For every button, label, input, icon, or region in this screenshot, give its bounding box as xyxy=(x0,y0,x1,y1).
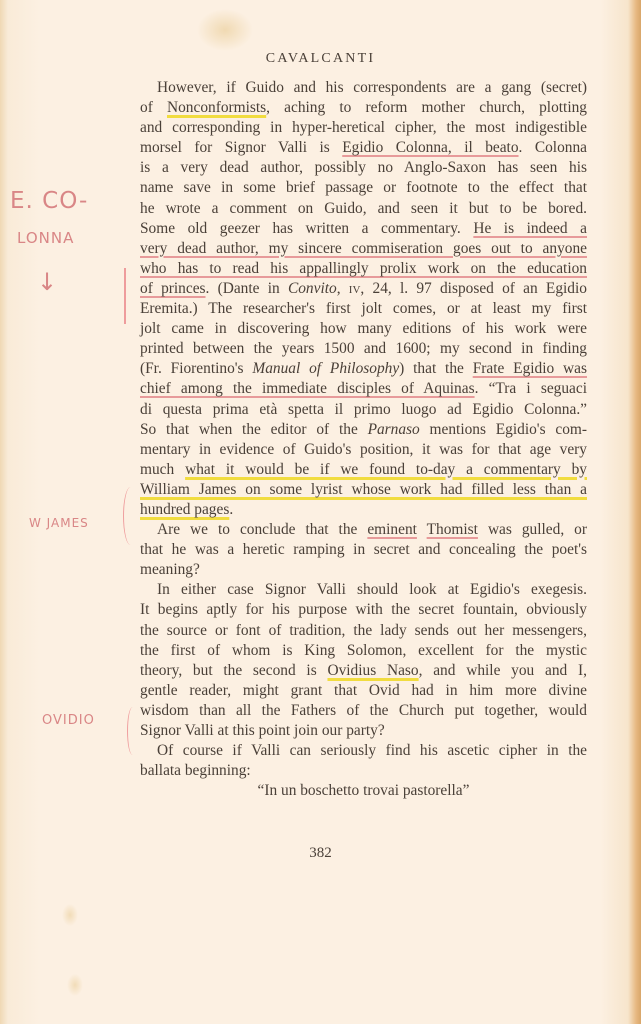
margin-note-james: W JAMES xyxy=(29,516,89,530)
margin-note-colonna-2: LONNA xyxy=(17,229,74,247)
highlight-william-james: William James on some lyrist whose work … xyxy=(140,481,587,498)
arrow-down-icon: ↓ xyxy=(37,268,58,296)
text-line: very dead author, my sincere commiserati… xyxy=(140,239,587,259)
text-line: morsel for Signor Valli is Egidio Colonn… xyxy=(140,138,587,158)
margin-bracket-ovidio xyxy=(127,707,138,755)
text-line: Are we to conclude that the eminent Thom… xyxy=(140,520,587,540)
vertical-margin-line xyxy=(124,268,126,324)
margin-note-colonna-1: E. CO- xyxy=(10,188,88,214)
text-line: printed between the years 1500 and 1600;… xyxy=(140,339,587,359)
text-line: that he was a heretic ramping in secret … xyxy=(140,540,587,560)
text-line: the first of whom is King Solomon, excel… xyxy=(140,641,587,661)
text-line: chief among the immediate disciples of A… xyxy=(140,379,587,399)
text-line: Signor Valli at this point join our part… xyxy=(140,721,587,741)
text-line: and corresponding in hyper-heretical cip… xyxy=(140,118,587,138)
scanned-book-page: CAVALCANTI E. CO- LONNA ↓ W JAMES OVIDIO… xyxy=(0,0,641,1024)
text-line: However, if Guido and his correspondents… xyxy=(140,78,587,98)
page-number: 382 xyxy=(0,845,641,862)
text-line: wisdom than all the Fathers of the Churc… xyxy=(140,701,587,721)
text-line: mentary in evidence of Guido's position,… xyxy=(140,440,587,460)
text-line: hundred pages. xyxy=(140,500,587,520)
highlight-nonconformists: Nonconformists xyxy=(167,99,266,116)
text-line: the source or font of tradition, the lad… xyxy=(140,621,587,641)
text-line: In either case Signor Valli should look … xyxy=(140,580,587,600)
text-line: of princes. (Dante in Convito, iv, 24, l… xyxy=(140,279,587,299)
body-text: However, if Guido and his correspondents… xyxy=(140,78,587,801)
text-line: William James on some lyrist whose work … xyxy=(140,480,587,500)
block-quote: “In un boschetto trovai pastorella” xyxy=(140,781,587,801)
highlight-ovidius-naso: Ovidius Naso xyxy=(327,662,418,679)
text-line: ballata beginning: xyxy=(140,761,587,781)
text-line: It begins aptly for his purpose with the… xyxy=(140,600,587,620)
text-line: Some old geezer has written a commentary… xyxy=(140,219,587,239)
text-line: Eremita.) The researcher's first jolt co… xyxy=(140,299,587,319)
text-line: who has to read his appallingly prolix w… xyxy=(140,259,587,279)
margin-bracket-james xyxy=(123,487,138,545)
running-head: CAVALCANTI xyxy=(0,51,641,67)
text-line: name save in some brief passage or footn… xyxy=(140,178,587,198)
underline-eminent: eminent xyxy=(367,521,417,538)
underline-frate-egidio: Frate Egidio was xyxy=(473,360,587,377)
text-line: theory, but the second is Ovidius Naso, … xyxy=(140,661,587,681)
text-line: is a very dead author, possibly no Anglo… xyxy=(140,158,587,178)
margin-note-ovidio: OVIDIO xyxy=(42,713,95,728)
text-line: much what it would be if we found to-day… xyxy=(140,460,587,480)
text-line: meaning? xyxy=(140,560,587,580)
text-line: he wrote a comment on Guido, and seen it… xyxy=(140,199,587,219)
underline-thomist: Thomist xyxy=(427,521,478,538)
text-line: (Fr. Fiorentino's Manual of Philosophy) … xyxy=(140,359,587,379)
text-line: jolt came in discovering how many editio… xyxy=(140,319,587,339)
text-line: gentle reader, might grant that Ovid had… xyxy=(140,681,587,701)
underline-indeed: He is indeed a xyxy=(473,220,587,237)
text-line: di questa prima età spetta il primo luog… xyxy=(140,400,587,420)
text-line: Of course if Valli can seriously find hi… xyxy=(140,741,587,761)
text-line: So that when the editor of the Parnaso m… xyxy=(140,420,587,440)
underline-egidio-colonna: Egidio Colonna, il beato xyxy=(342,139,518,156)
highlight-commentary: what it would be if we found to-day a co… xyxy=(185,461,587,478)
text-line: of Nonconformists, aching to reform moth… xyxy=(140,98,587,118)
